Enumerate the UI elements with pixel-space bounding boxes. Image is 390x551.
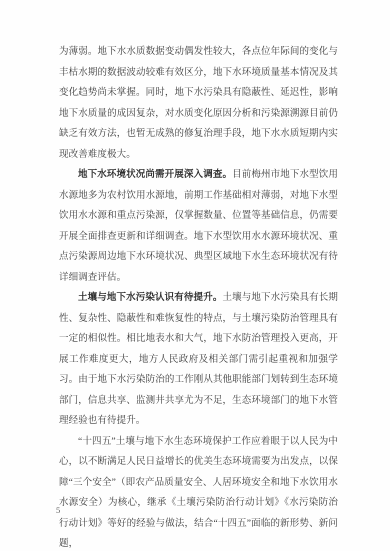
page-body-text: 为薄弱。地下水水质数据变动偶发性较大，各点位年际间的变化与丰枯水期的数据波动较难… <box>59 42 338 551</box>
page-number: 5 <box>56 504 60 516</box>
paragraph-2-lead: 地下水环境状况尚需开展深入调查。 <box>78 170 232 180</box>
paragraph-soil-groundwater-awareness: 土壤与地下水污染认识有待提升。土壤与地下水污染具有长期性、复杂性、隐蔽性和难恢复… <box>59 288 338 432</box>
paragraph-3-lead: 土壤与地下水污染认识有待提升。 <box>78 293 222 303</box>
document-page: 为薄弱。地下水水质数据变动偶发性较大，各点位年际间的变化与丰枯水期的数据波动较难… <box>0 0 390 551</box>
paragraph-1-body: 为薄弱。地下水水质数据变动偶发性较大，各点位年际间的变化与丰枯水期的数据波动较难… <box>59 47 338 160</box>
paragraph-3-body: 土壤与地下水污染具有长期性、复杂性、隐蔽性和难恢复性的特点，与土壤污染防治管理具… <box>59 293 338 426</box>
paragraph-groundwater-survey: 地下水环境状况尚需开展深入调查。目前梅州市地下水型饮用水源地多为农村饮用水源地，… <box>59 165 338 288</box>
paragraph-4-body: “十四五”土壤与地下水生态环境保护工作应着眼于以人民为中心，以不断满足人民日益增… <box>59 437 338 550</box>
paragraph-2-body: 目前梅州市地下水型饮用水源地多为农村饮用水源地，前期工作基础相对薄弱，对地下水型… <box>59 170 338 283</box>
paragraph-continuation: 为薄弱。地下水水质数据变动偶发性较大，各点位年际间的变化与丰枯水期的数据波动较难… <box>59 42 338 165</box>
paragraph-14th-five-year-plan: “十四五”土壤与地下水生态环境保护工作应着眼于以人民为中心，以不断满足人民日益增… <box>59 432 338 551</box>
